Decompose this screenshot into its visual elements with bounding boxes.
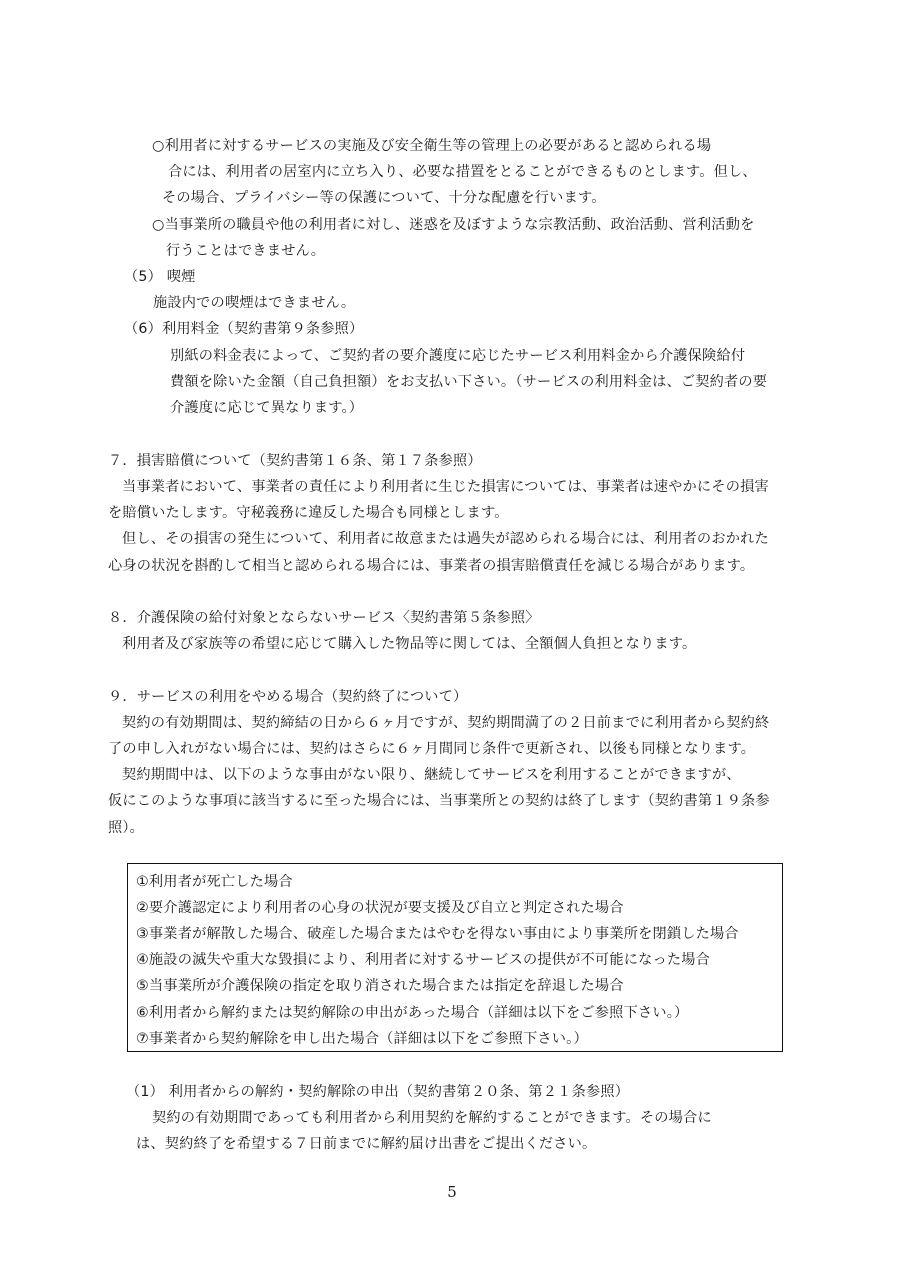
section-9-line-2: 了の申し入れがない場合には、契約はさらに６ヶ月間同じ条件で更新され、以後も同様と… [108, 740, 755, 758]
bullet-1-line-2: 合には、利用者の居室内に立ち入り、必要な措置をとることができるものとします。但し… [168, 163, 757, 181]
document-page: ○利用者に対するサービスの実施及び安全衛生等の管理上の必要があると認められる場 … [0, 0, 904, 1279]
bullet-2-line-2: 行うことはできません。 [166, 242, 325, 260]
section-9-line-3: 契約期間中は、以下のような事由がない限り、継続してサービスを利用することができま… [122, 766, 741, 784]
bullet-1-line-1: ○利用者に対するサービスの実施及び安全衛生等の管理上の必要があると認められる場 [152, 137, 711, 155]
item-6-line-1: 別紙の料金表によって、ご契約者の要介護度に応じたサービス利用料金から介護保険給付 [170, 347, 745, 365]
termination-reason-5: ⑤当事業所が介護保険の指定を取り消された場合または指定を辞退した場合 [136, 977, 624, 995]
section-9-heading: ９．サービスの利用をやめる場合（契約終了について） [108, 688, 467, 706]
section-7-heading: ７．損害賠償について（契約書第１６条、第１７条参照） [108, 452, 482, 470]
item-9-1-line-1: 契約の有効期間であっても利用者から利用契約を解約することができます。その場合に [152, 1109, 712, 1127]
bullet-1-line-3: その場合、プライバシー等の保護について、十分な配慮を行います。 [162, 189, 606, 207]
section-7-line-3: 但し、その損害の発生について、利用者に故意または過失が認められる場合には、利用者… [122, 530, 769, 548]
termination-reason-2: ②要介護認定により利用者の心身の状況が要支援及び自立と判定された場合 [136, 899, 624, 917]
section-8-heading: ８．介護保険の給付対象とならないサービス〈契約書第５条参照〉 [108, 609, 540, 627]
item-6-line-3: 介護度に応じて異なります。） [170, 399, 363, 417]
item-6-heading: （6）利用料金（契約書第９条参照） [124, 320, 363, 338]
termination-reason-4: ④施設の滅失や重大な毀損により、利用者に対するサービスの提供が不可能になった場合 [136, 951, 710, 969]
section-7-line-2: を賠償いたします。守秘義務に違反した場合も同様とします。 [108, 504, 509, 522]
section-7-line-1: 当事業者において、事業者の責任により利用者に生じた損害については、事業者は速やか… [122, 478, 769, 496]
page-number: 5 [0, 1183, 904, 1201]
item-5-body: 施設内での喫煙はできません。 [153, 294, 355, 312]
termination-reason-6: ⑥利用者から解約または契約解除の申出があった場合（詳細は以下をご参照下さい。） [136, 1004, 688, 1022]
item-5-heading: （5） 喫煙 [124, 268, 196, 286]
section-9-line-5: 照）。 [108, 819, 144, 837]
item-9-1-line-2: は、契約終了を希望する７日前までに解約届け出書をご提出ください。 [136, 1135, 596, 1153]
section-7-line-4: 心身の状況を斟酌して相当と認められる場合には、事業者の損害賠償責任を減じる場合が… [108, 557, 754, 575]
termination-reason-1: ①利用者が死亡した場合 [136, 873, 293, 891]
section-9-line-1: 契約の有効期間は、契約締結の日から６ヶ月ですが、契約期間満了の２日前までに利用者… [122, 714, 769, 732]
item-6-line-2: 費額を除いた金額（自己負担額）をお支払い下さい。（サービスの利用料金は、ご契約者… [170, 373, 767, 391]
item-9-1-heading: （1） 利用者からの解約・契約解除の申出（契約書第２０条、第２１条参照） [126, 1083, 629, 1101]
termination-reason-7: ⑦事業者から契約解除を申し出た場合（詳細は以下をご参照下さい。） [136, 1030, 588, 1048]
termination-reason-3: ③事業者が解散した場合、破産した場合またはやむを得ない事由により事業所を閉鎖した… [136, 925, 739, 943]
section-9-line-4: 仮にこのような事項に該当するに至った場合には、当事業所との契約は終了します（契約… [108, 792, 770, 810]
bullet-2-line-1: ○当事業所の職員や他の利用者に対し、迷惑を及ぼすような宗教活動、政治活動、営利活… [152, 216, 754, 234]
section-8-line-1: 利用者及び家族等の希望に応じて購入した物品等に関しては、全額個人負担となります。 [122, 635, 696, 653]
